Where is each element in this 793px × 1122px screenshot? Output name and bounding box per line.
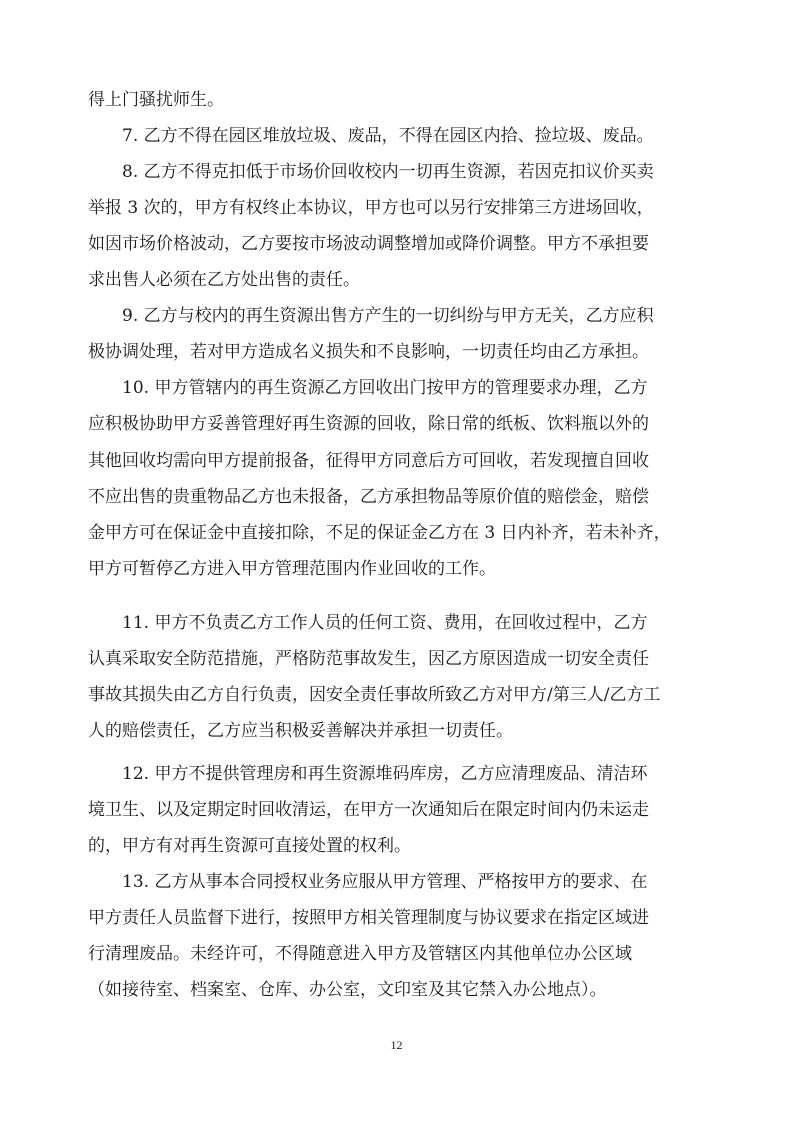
paragraph-line: 求出售人必须在乙方处出售的责任。 bbox=[88, 269, 718, 291]
paragraph-line: 甲方可暂停乙方进入甲方管理范围内作业回收的工作。 bbox=[88, 558, 718, 580]
paragraph-line: 极协调处理，若对甲方造成名义损失和不良影响，一切责任均由乙方承担。 bbox=[88, 341, 718, 363]
paragraph-line: 认真采取安全防范措施，严格防范事故发生，因乙方原因造成一切安全责任 bbox=[88, 648, 718, 670]
paragraph-line: 其他回收均需向甲方提前报备，征得甲方同意后方可回收，若发现擅自回收 bbox=[88, 450, 718, 472]
paragraph-line: 举报 3 次的，甲方有权终止本协议，甲方也可以另行安排第三方进场回收， bbox=[88, 197, 718, 219]
paragraph-line: 人的赔偿责任，乙方应当积极妥善解决并承担一切责任。 bbox=[88, 720, 718, 742]
paragraph-line: 行清理废品。未经许可，不得随意进入甲方及管辖区内其他单位办公区域 bbox=[88, 943, 718, 965]
paragraph-line: 应积极协助甲方妥善管理好再生资源的回收，除日常的纸板、饮料瓶以外的 bbox=[88, 413, 718, 435]
paragraph-line: 的，甲方有对再生资源可直接处置的权利。 bbox=[88, 835, 718, 857]
paragraph-first-line: 11. 甲方不负责乙方工作人员的任何工资、费用，在回收过程中，乙方 bbox=[122, 612, 718, 634]
paragraph-line: 境卫生、以及定期定时回收清运，在甲方一次通知后在限定时间内仍未运走 bbox=[88, 799, 718, 821]
page-number: 12 bbox=[0, 1038, 793, 1053]
paragraph-line: 得上门骚扰师生。 bbox=[88, 89, 718, 111]
paragraph-line: 如因市场价格波动，乙方要按市场波动调整增加或降价调整。甲方不承担要 bbox=[88, 233, 718, 255]
paragraph-line: 不应出售的贵重物品乙方也未报备，乙方承担物品等原价值的赔偿金，赔偿 bbox=[88, 486, 718, 508]
document-page: 得上门骚扰师生。7. 乙方不得在园区堆放垃圾、废品，不得在园区内拾、捡垃圾、废品… bbox=[0, 0, 793, 1122]
paragraph-line: 金甲方可在保证金中直接扣除，不足的保证金乙方在 3 日内补齐，若未补齐， bbox=[88, 522, 718, 544]
paragraph-first-line: 12. 甲方不提供管理房和再生资源堆码库房，乙方应清理废品、清洁环 bbox=[122, 763, 718, 785]
paragraph-first-line: 10. 甲方管辖内的再生资源乙方回收出门按甲方的管理要求办理，乙方 bbox=[122, 377, 718, 399]
paragraph-line: 甲方责任人员监督下进行，按照甲方相关管理制度与协议要求在指定区域进 bbox=[88, 907, 718, 929]
paragraph-line: 事故其损失由乙方自行负责，因安全责任事故所致乙方对甲方/第三人/乙方工 bbox=[88, 684, 718, 706]
paragraph-first-line: 8. 乙方不得克扣低于市场价回收校内一切再生资源，若因克扣议价买卖 bbox=[122, 161, 718, 183]
paragraph-first-line: 9. 乙方与校内的再生资源出售方产生的一切纠纷与甲方无关，乙方应积 bbox=[122, 305, 718, 327]
paragraph-first-line: 13. 乙方从事本合同授权业务应服从甲方管理、严格按甲方的要求、在 bbox=[122, 871, 718, 893]
paragraph-first-line: 7. 乙方不得在园区堆放垃圾、废品，不得在园区内拾、捡垃圾、废品。 bbox=[122, 125, 718, 147]
paragraph-line: （如接待室、档案室、仓库、办公室，文印室及其它禁入办公地点）。 bbox=[88, 979, 718, 1001]
